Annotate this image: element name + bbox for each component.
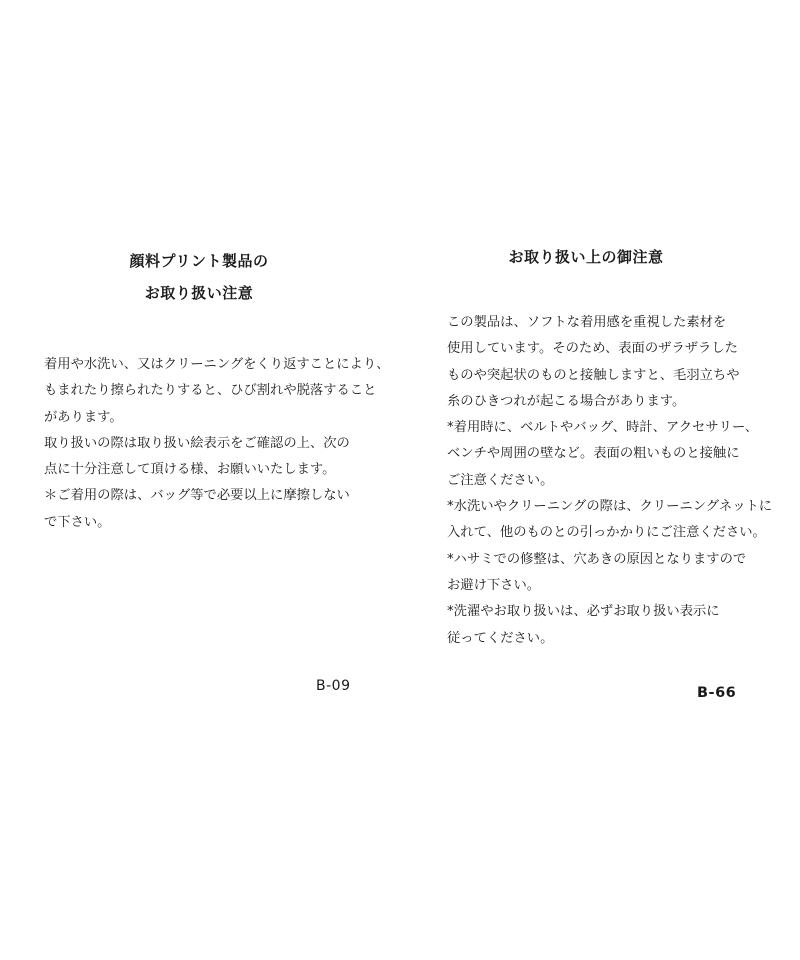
handling-caution-panel: お取り扱い上の御注意 この製品は、ソフトな着用感を重視した素材を 使用しています… [447,242,767,652]
body-line: 使用しています。そのため、表面のザラザラした [447,336,767,362]
pigment-print-care-panel: 顔料プリント製品の お取り扱い注意 着用や水洗い、又はクリーニングをくり返すこと… [44,246,374,536]
body-line: *水洗いやクリーニングの際は、クリーニングネットに [447,494,767,520]
handling-caution-title: お取り扱い上の御注意 [447,242,725,272]
handling-caution-body: この製品は、ソフトな着用感を重視した素材を 使用しています。そのため、表面のザラ… [447,310,767,652]
body-line: *着用時に、ベルトやバッグ、時計、アクセサリー、 [447,415,767,441]
body-line: もまれたり擦られたりすると、ひび割れや脱落すること [44,378,374,404]
body-line: ものや突起状のものと接触しますと、毛羽立ちや [447,363,767,389]
title-line: 顔料プリント製品の [44,246,354,278]
body-line: 従ってください。 [447,626,767,652]
title-line: お取り扱い注意 [44,278,354,310]
pigment-print-care-title: 顔料プリント製品の お取り扱い注意 [44,246,354,310]
body-line: お避け下さい。 [447,573,767,599]
body-line: 着用や水洗い、又はクリーニングをくり返すことにより、 [44,352,374,378]
body-line: ＊ご着用の際は、バッグ等で必要以上に摩擦しない [44,483,374,509]
body-line: 糸のひきつれが起こる場合があります。 [447,389,767,415]
product-code-right: B-66 [697,685,736,701]
body-line: 入れて、他のものとの引っかかりにご注意ください。 [447,520,767,546]
body-line: *洗濯やお取り扱いは、必ずお取り扱い表示に [447,599,767,625]
body-line: この製品は、ソフトな着用感を重視した素材を [447,310,767,336]
body-line: 取り扱いの際は取り扱い絵表示をご確認の上、次の [44,431,374,457]
body-line: ご注意ください。 [447,468,767,494]
body-line: があります。 [44,405,374,431]
body-line: 点に十分注意して頂ける様、お願いいたします。 [44,457,374,483]
product-code-left: B-09 [316,678,350,694]
body-line: で下さい。 [44,510,374,536]
body-line: *ハサミでの修整は、穴あきの原因となりますので [447,547,767,573]
pigment-print-care-body: 着用や水洗い、又はクリーニングをくり返すことにより、 もまれたり擦られたりすると… [44,352,374,536]
body-line: ベンチや周囲の壁など。表面の粗いものと接触に [447,441,767,467]
